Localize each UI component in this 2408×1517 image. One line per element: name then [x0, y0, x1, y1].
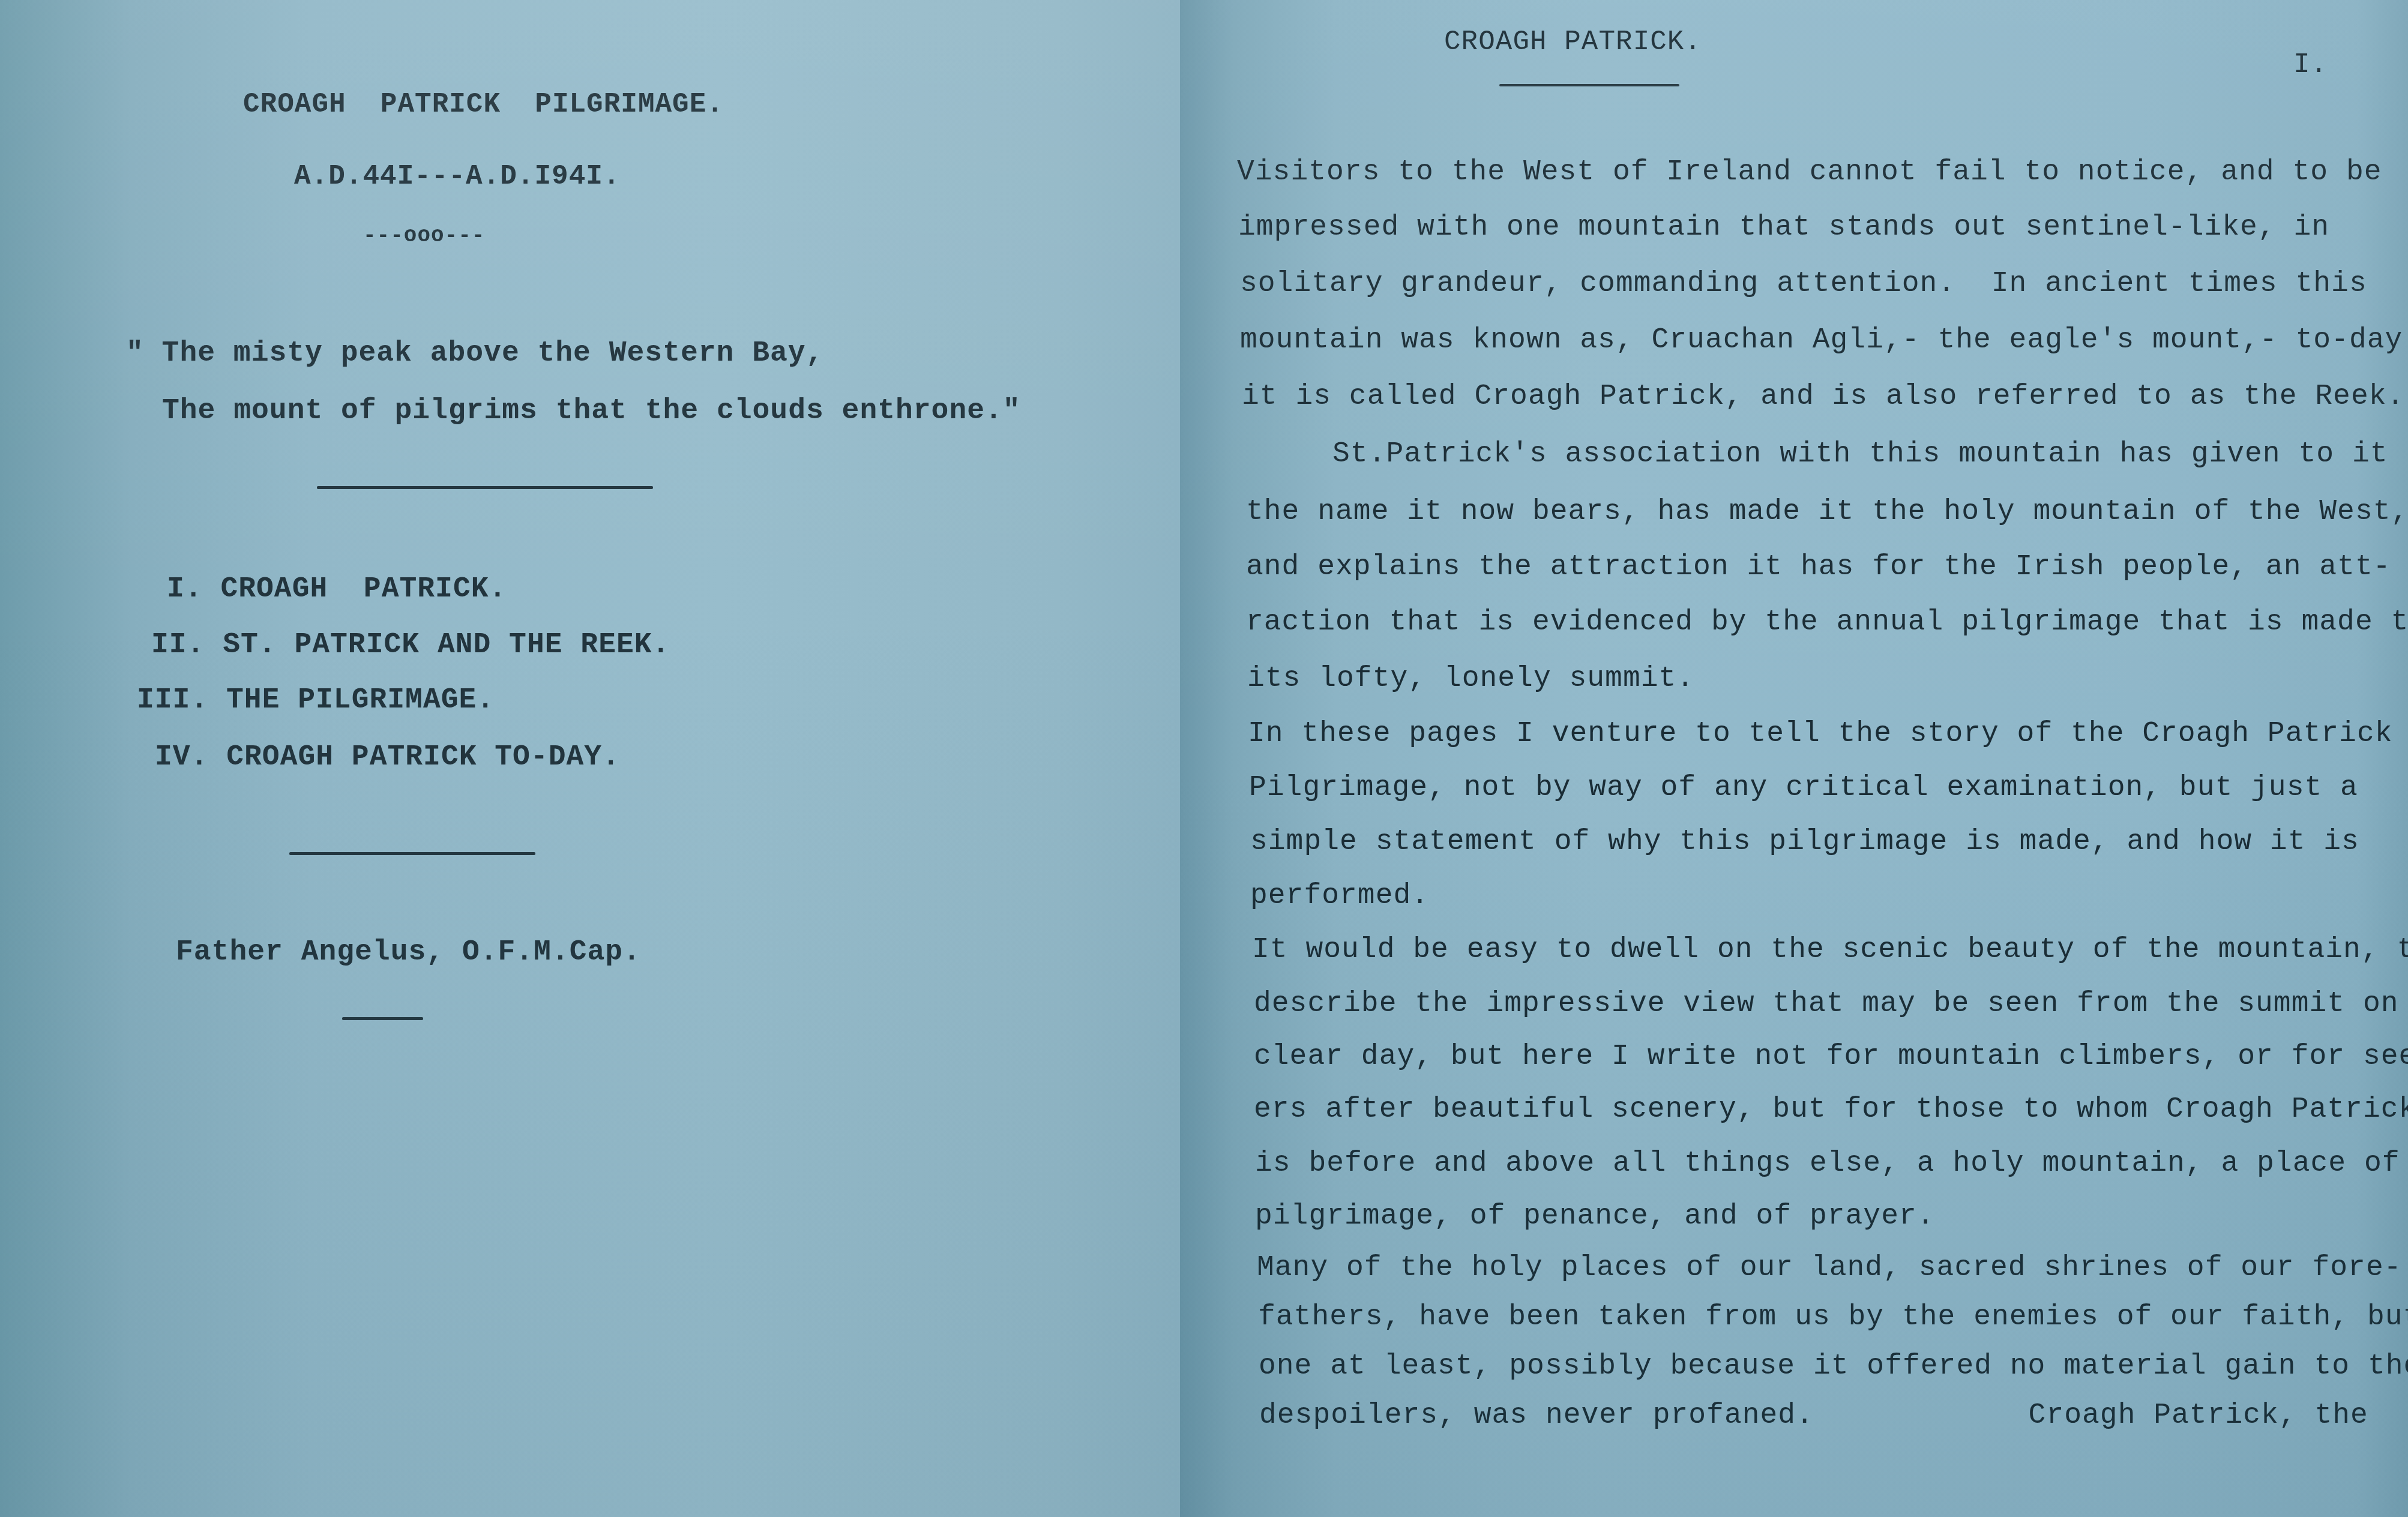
contents-item: III. THE PILGRIMAGE. — [137, 684, 495, 716]
heading-underline — [1499, 84, 1679, 86]
text-line: Visitors to the West of Ireland cannot f… — [1237, 156, 2382, 188]
text-line: despoilers, was never profaned. Croagh P… — [1259, 1399, 2368, 1432]
text-line: pilgrimage, of penance, and of prayer. — [1255, 1200, 1935, 1233]
contents-title: CROAGH PATRICK TO-DAY. — [226, 741, 620, 774]
contents-title: CROAGH PATRICK. — [220, 573, 507, 605]
contents-numeral: I. — [167, 573, 203, 605]
text-line: solitary grandeur, commanding attention.… — [1240, 268, 2367, 300]
title-page: CROAGH PATRICK PILGRIMAGE. A.D.44I---A.D… — [0, 0, 1180, 1517]
contents-numeral: III. — [137, 684, 208, 716]
contents-item: II. ST. PATRICK AND THE REEK. — [151, 629, 670, 661]
contents-title: ST. PATRICK AND THE REEK. — [223, 629, 670, 661]
chapter-heading: CROAGH PATRICK. — [1444, 26, 1702, 58]
text-line: it is called Croagh Patrick, and is also… — [1242, 380, 2404, 413]
separator-rule — [317, 486, 653, 489]
chapter-number: I. — [2293, 49, 2328, 80]
text-line: raction that is evidenced by the annual … — [1246, 606, 2408, 638]
text-line: clear day, but here I write not for moun… — [1254, 1041, 2408, 1073]
date-range: A.D.44I---A.D.I94I. — [294, 161, 621, 192]
author-credit: Father Angelus, O.F.M.Cap. — [176, 936, 641, 969]
text-line: St.Patrick's association with this mount… — [1243, 438, 2388, 470]
text-line: its lofty, lonely summit. — [1247, 662, 1694, 695]
text-line: impressed with one mountain that stands … — [1238, 211, 2329, 244]
text-line: Pilgrimage, not by way of any critical e… — [1249, 772, 2358, 804]
text-line: In these pages I venture to tell the sto… — [1248, 718, 2393, 750]
chapter-page: CROAGH PATRICK. I. Visitors to the West … — [1180, 0, 2408, 1517]
epigraph-line-2: The mount of pilgrims that the clouds en… — [162, 395, 1021, 427]
contents-title: THE PILGRIMAGE. — [226, 684, 495, 716]
document-title: CROAGH PATRICK PILGRIMAGE. — [243, 89, 724, 120]
ornament-divider: ---ooo--- — [363, 223, 485, 248]
text-line: Many of the holy places of our land, sac… — [1257, 1252, 2402, 1284]
text-line: and explains the attraction it has for t… — [1246, 551, 2391, 583]
text-line: is before and above all things else, a h… — [1255, 1147, 2400, 1180]
contents-numeral: IV. — [155, 741, 208, 774]
contents-item: I. CROAGH PATRICK. — [167, 573, 507, 605]
document-spread: CROAGH PATRICK PILGRIMAGE. A.D.44I---A.D… — [0, 0, 2408, 1517]
separator-rule — [289, 852, 535, 855]
contents-numeral: II. — [151, 629, 205, 661]
text-line: describe the impressive view that may be… — [1254, 988, 2408, 1020]
text-line: simple statement of why this pilgrimage … — [1250, 826, 2359, 858]
text-line: the name it now bears, has made it the h… — [1246, 496, 2408, 528]
text-line: ers after beautiful scenery, but for tho… — [1254, 1093, 2408, 1126]
text-line: performed. — [1250, 880, 1429, 912]
epigraph-line-1: " The misty peak above the Western Bay, — [126, 337, 823, 370]
closing-rule — [342, 1017, 423, 1020]
text-line: mountain was known as, Cruachan Agli,- t… — [1240, 324, 2403, 356]
text-line: It would be easy to dwell on the scenic … — [1252, 934, 2408, 966]
text-line: one at least, possibly because it offere… — [1259, 1350, 2408, 1383]
text-line: fathers, have been taken from us by the … — [1258, 1301, 2408, 1333]
contents-item: IV. CROAGH PATRICK TO-DAY. — [155, 741, 620, 774]
